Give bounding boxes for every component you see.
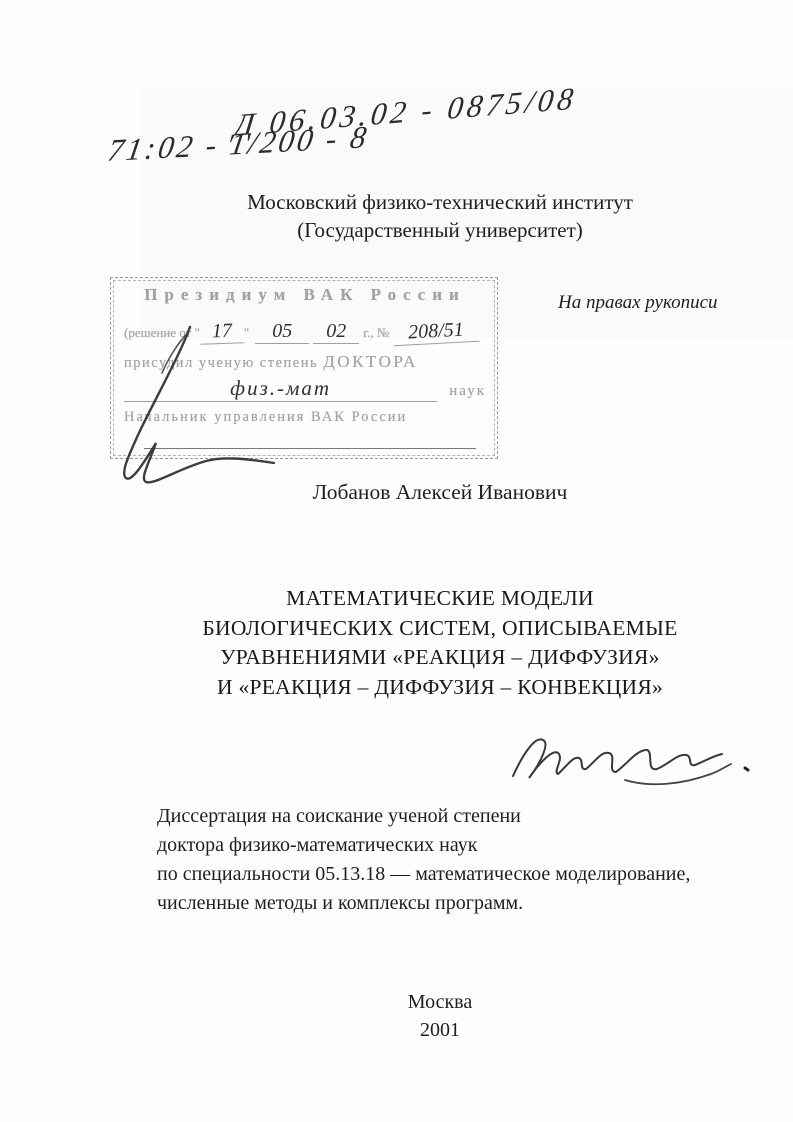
thesis-line-3: по специальности 05.13.18 — математическ… bbox=[157, 860, 717, 889]
institute-block: Московский физико-технический институт (… bbox=[140, 188, 740, 244]
dissertation-title-page: Д 06.03.02 - 0875/08 71:02 - 1/200 - 8 М… bbox=[0, 0, 793, 1122]
vak-approval-stamp: Президиум ВАК России (решение от " 17 " … bbox=[110, 277, 498, 459]
stamp-field-suffix: наук bbox=[449, 383, 486, 400]
vak-official-signature bbox=[102, 321, 362, 501]
author-signature bbox=[505, 714, 755, 799]
title-line-4: И «РЕАКЦИЯ – ДИФФУЗИЯ – КОНВЕКЦИЯ» bbox=[140, 673, 740, 703]
dissertation-title: МАТЕМАТИЧЕСКИЕ МОДЕЛИ БИОЛОГИЧЕСКИХ СИСТ… bbox=[140, 584, 740, 702]
thesis-line-4: численные методы и комплексы программ. bbox=[157, 889, 717, 918]
author-name: Лобанов Алексей Иванович bbox=[140, 480, 740, 505]
title-line-1: МАТЕМАТИЧЕСКИЕ МОДЕЛИ bbox=[140, 584, 740, 614]
thesis-line-2: доктора физико-математических наук bbox=[157, 831, 717, 860]
thesis-line-1: Диссертация на соискание ученой степени bbox=[157, 802, 717, 831]
stamp-decision-mid: г., № bbox=[363, 325, 389, 341]
institute-name: Московский физико-технический институт bbox=[140, 188, 740, 216]
institute-subtitle: (Государственный университет) bbox=[140, 216, 740, 244]
title-line-3: УРАВНЕНИЯМИ «РЕАКЦИЯ – ДИФФУЗИЯ» bbox=[140, 643, 740, 673]
imprint-year: 2001 bbox=[140, 1016, 740, 1044]
imprint-city: Москва bbox=[140, 988, 740, 1016]
stamp-header: Президиум ВАК России bbox=[124, 285, 486, 305]
manuscript-rights-note: На правах рукописи bbox=[558, 292, 718, 314]
title-line-2: БИОЛОГИЧЕСКИХ СИСТЕМ, ОПИСЫВАЕМЫЕ bbox=[140, 614, 740, 644]
stamp-handwritten-number: 208/51 bbox=[393, 318, 480, 346]
thesis-description: Диссертация на соискание ученой степени … bbox=[157, 802, 717, 918]
imprint-block: Москва 2001 bbox=[140, 988, 740, 1044]
